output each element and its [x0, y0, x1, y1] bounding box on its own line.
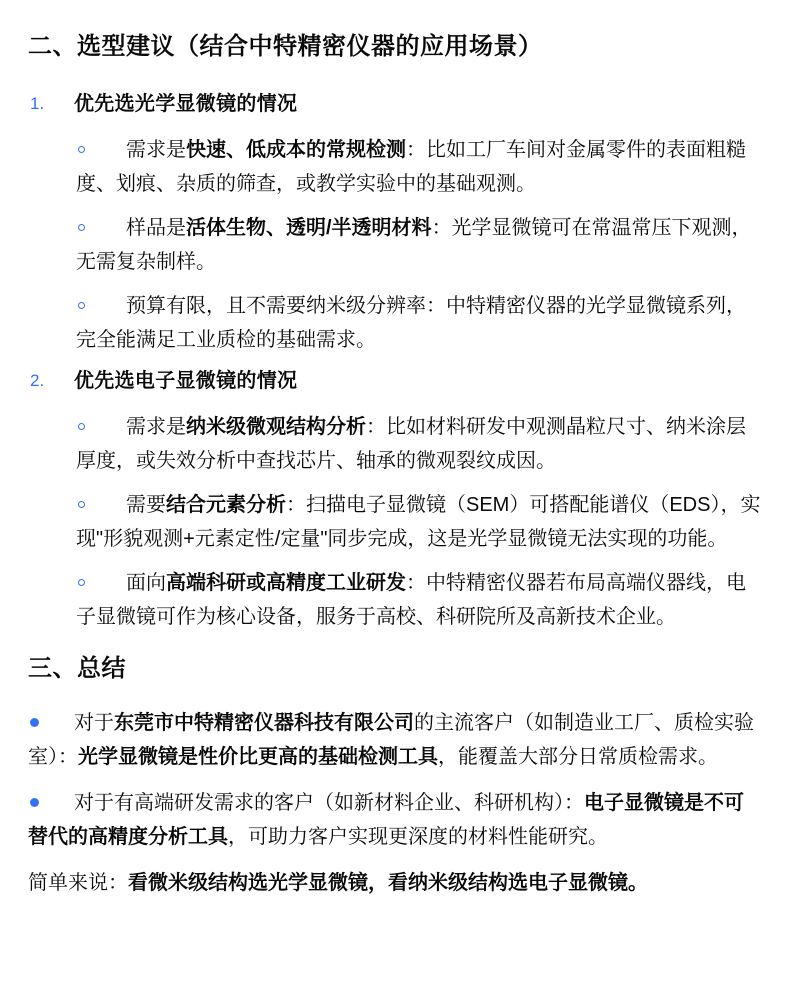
- bullet-text: 样品是活体生物、透明/半透明材料：光学显微镜可在常温常压下观测，无需复杂制样。: [76, 217, 752, 273]
- section-heading-selection-advice: 二、选型建议（结合中特精密仪器的应用场景）: [28, 32, 761, 62]
- bullet-text: 预算有限，且不需要纳米级分辨率：中特精密仪器的光学显微镜系列，完全能满足工业质检…: [76, 295, 746, 351]
- disc-bullet-icon: [28, 706, 74, 740]
- bullet-text: 需要结合元素分析：扫描电子显微镜（SEM）可搭配能谱仪（EDS），实现"形貌观测…: [76, 494, 760, 550]
- summary-bullet-item: 对于东莞市中特精密仪器科技有限公司的主流客户（如制造业工厂、质检实验室）：光学显…: [28, 706, 761, 774]
- bullet-text: 对于东莞市中特精密仪器科技有限公司的主流客户（如制造业工厂、质检实验室）：光学显…: [28, 712, 754, 768]
- circle-bullet-icon: [76, 410, 126, 444]
- summary-bullet-item: 对于有高端研发需求的客户（如新材料企业、科研机构）：电子显微镜是不可替代的高精度…: [28, 786, 761, 854]
- bullet-text: 需求是快速、低成本的常规检测：比如工厂车间对金属零件的表面粗糙度、划痕、杂质的筛…: [76, 139, 746, 195]
- bullet-item: 需求是纳米级微观结构分析：比如材料研发中观测晶粒尺寸、纳米涂层厚度，或失效分析中…: [76, 410, 761, 478]
- bullet-item: 面向高端科研或高精度工业研发：中特精密仪器若布局高端仪器线，电子显微镜可作为核心…: [76, 566, 761, 634]
- bullet-text: 需求是纳米级微观结构分析：比如材料研发中观测晶粒尺寸、纳米涂层厚度，或失效分析中…: [76, 416, 746, 472]
- circle-bullet-icon: [76, 488, 126, 522]
- circle-bullet-icon: [76, 211, 126, 245]
- circle-bullet-icon: [76, 289, 126, 323]
- bullet-item: 需要结合元素分析：扫描电子显微镜（SEM）可搭配能谱仪（EDS），实现"形貌观测…: [76, 488, 761, 556]
- numbered-item-optical: 1.优先选光学显微镜的情况: [30, 90, 761, 118]
- bullet-item: 预算有限，且不需要纳米级分辨率：中特精密仪器的光学显微镜系列，完全能满足工业质检…: [76, 289, 761, 357]
- section-heading-summary: 三、总结: [28, 654, 761, 684]
- bullet-text: 面向高端科研或高精度工业研发：中特精密仪器若布局高端仪器线，电子显微镜可作为核心…: [76, 572, 746, 628]
- disc-bullet-icon: [28, 786, 74, 820]
- bullet-item: 需求是快速、低成本的常规检测：比如工厂车间对金属零件的表面粗糙度、划痕、杂质的筛…: [76, 133, 761, 201]
- list-number: 1.: [30, 90, 74, 118]
- circle-bullet-icon: [76, 566, 126, 600]
- circle-bullet-icon: [76, 133, 126, 167]
- document-page: { "page": { "background": "#ffffff", "te…: [0, 0, 791, 994]
- numbered-item-electron: 2.优先选电子显微镜的情况: [30, 367, 761, 395]
- bullet-text: 对于有高端研发需求的客户（如新材料企业、科研机构）：电子显微镜是不可替代的高精度…: [28, 792, 744, 848]
- numbered-item-label: 优先选光学显微镜的情况: [74, 93, 297, 115]
- list-number: 2.: [30, 367, 74, 395]
- closing-paragraph: 简单来说：看微米级结构选光学显微镜，看纳米级结构选电子显微镜。: [28, 866, 761, 900]
- numbered-item-label: 优先选电子显微镜的情况: [74, 370, 297, 392]
- bullet-item: 样品是活体生物、透明/半透明材料：光学显微镜可在常温常压下观测，无需复杂制样。: [76, 211, 761, 279]
